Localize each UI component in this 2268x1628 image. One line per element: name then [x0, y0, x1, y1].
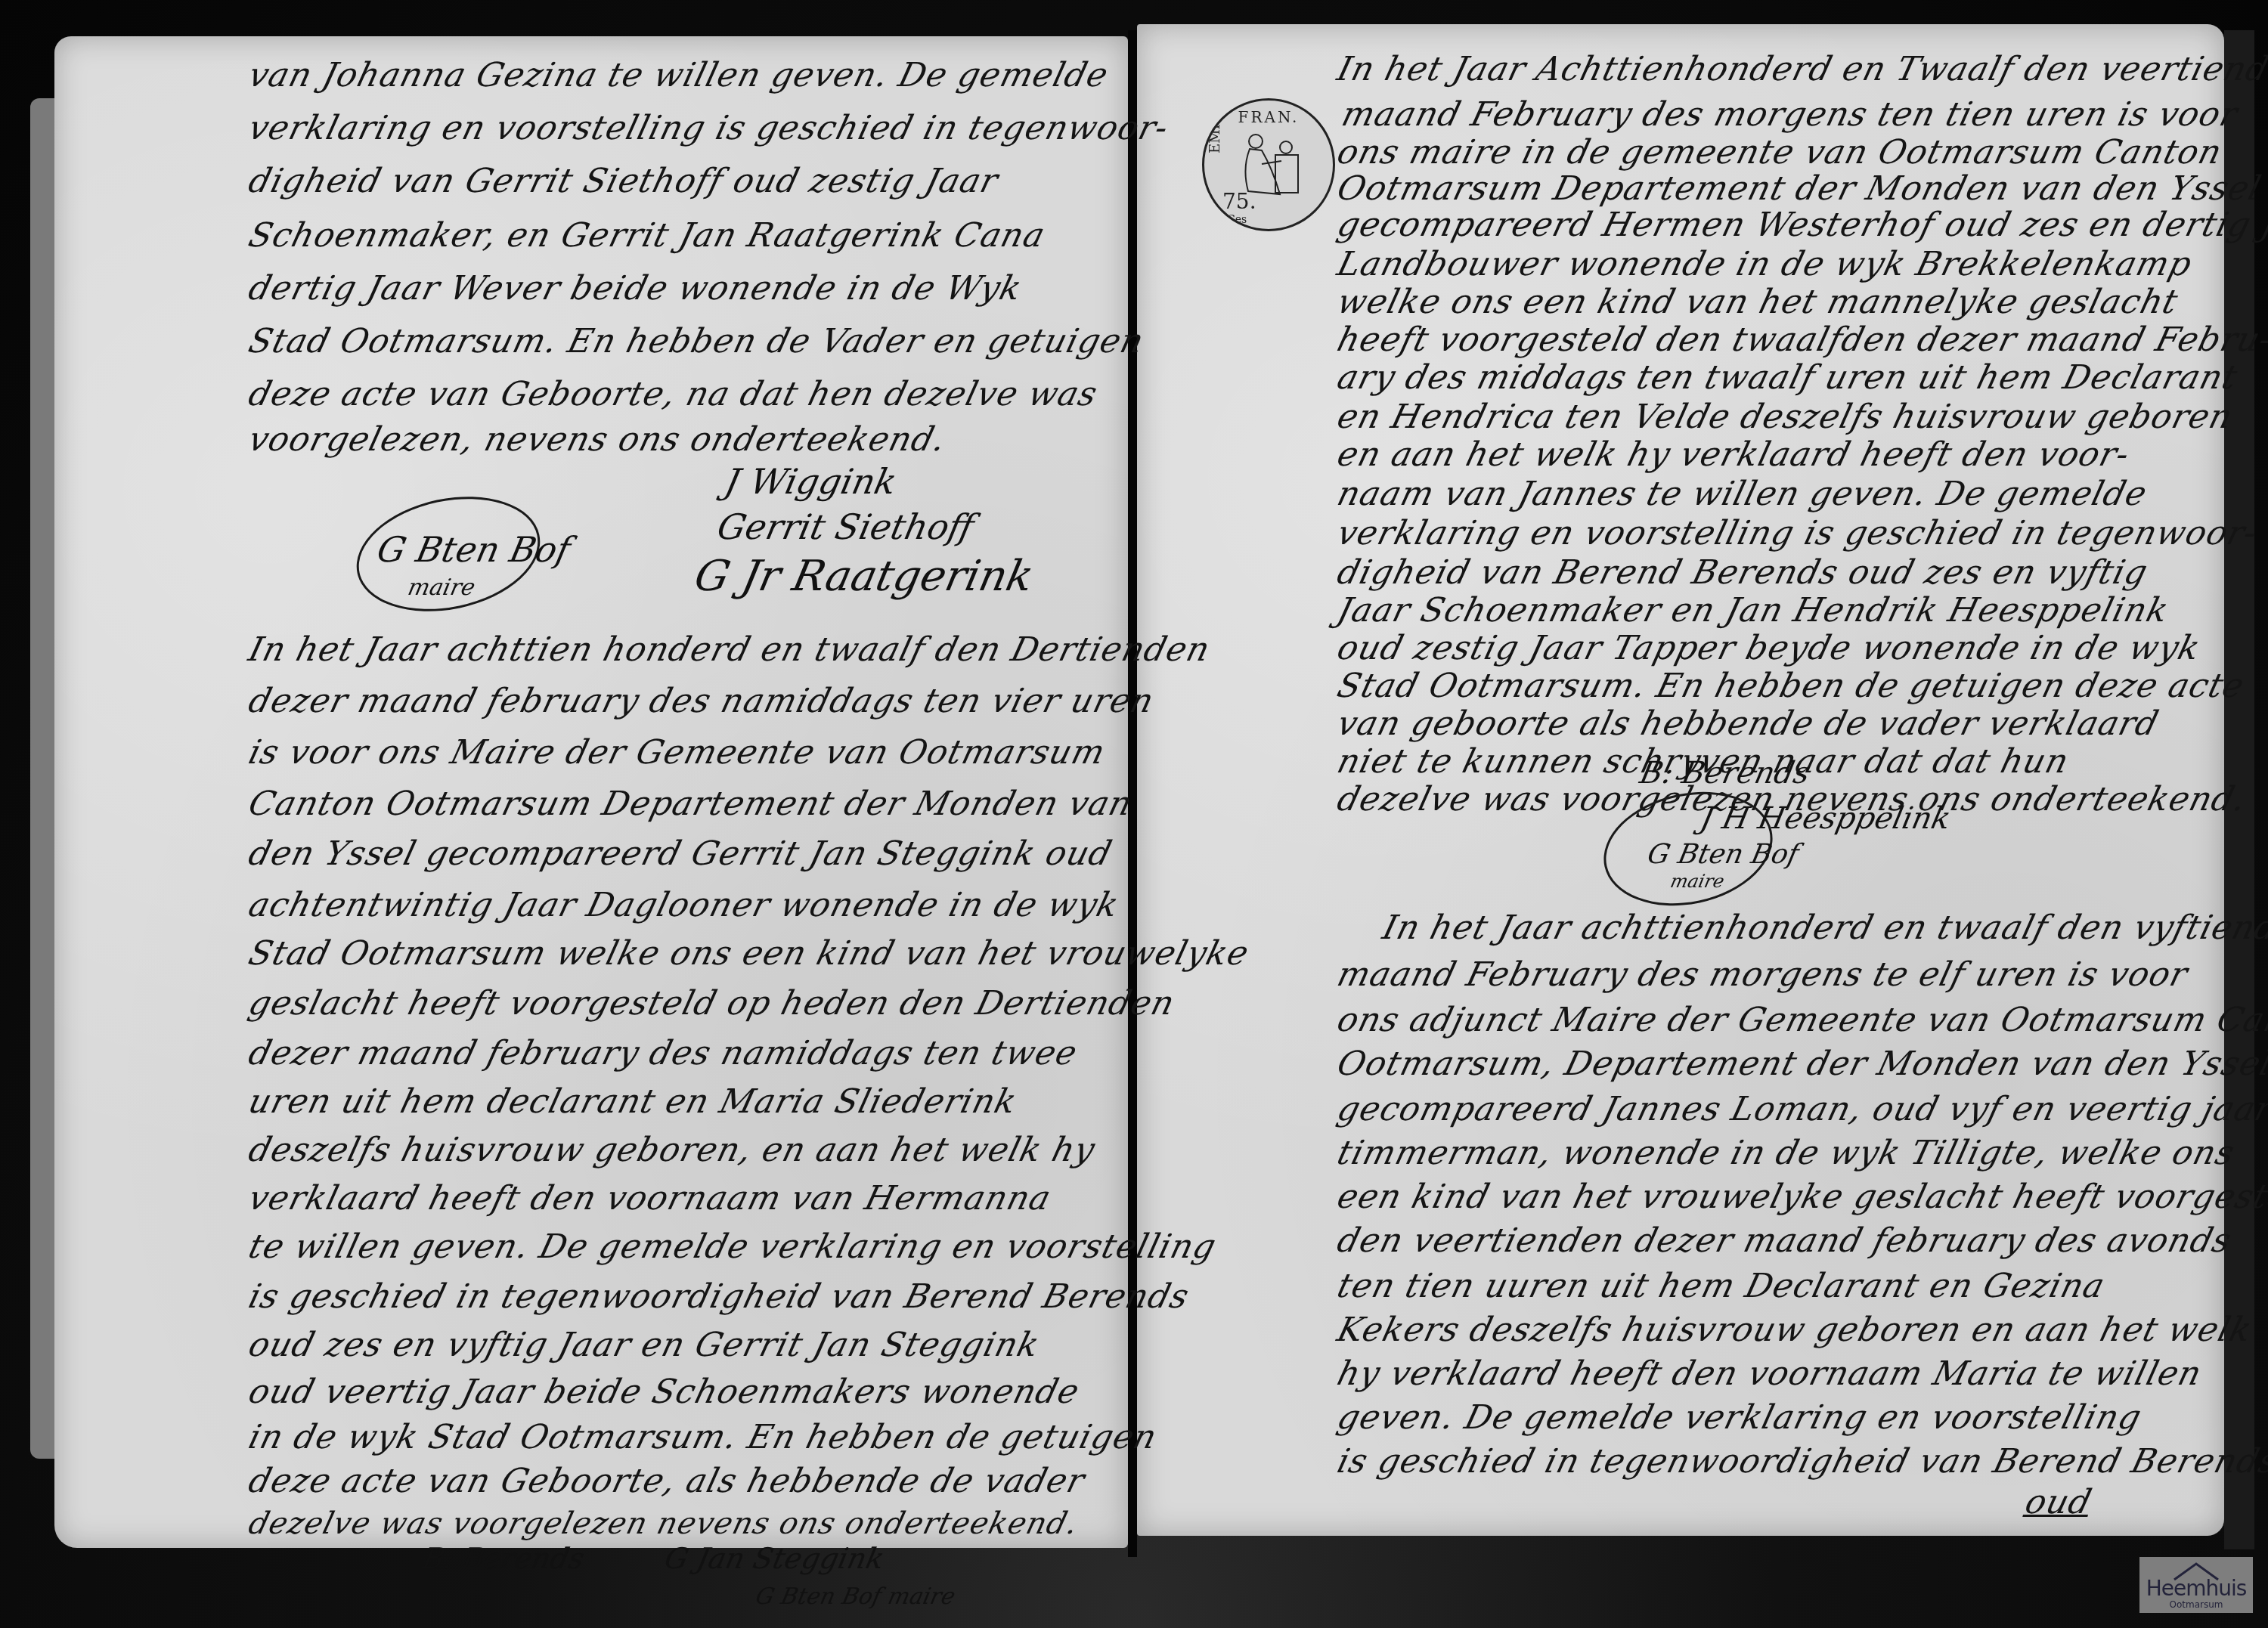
text-line: In het Jaar achttien honderd en twaalf d…	[246, 633, 1213, 667]
witness-signature: G Jan Steggink	[661, 1542, 887, 1575]
text-line: is geschied in tegenwoordigheid van Bere…	[246, 1280, 1193, 1314]
text-line: oud veertig Jaar beide Schoenmakers wone…	[246, 1376, 1083, 1409]
text-line: gecompareerd Jannes Loman, oud vyf en ve…	[1334, 1093, 2268, 1126]
text-line: oud zes en vyftig Jaar en Gerrit Jan Ste…	[246, 1329, 1043, 1362]
mayor-signature: G Bten Bof	[1645, 839, 1802, 870]
text-line: dezer maand february des namiddags ten t…	[246, 1037, 1081, 1070]
text-line: oud zestig Jaar Tapper beyde wonende in …	[1334, 632, 2204, 665]
text-line: geslacht heeft voorgesteld op heden den …	[246, 987, 1179, 1020]
mayor-title: maire	[405, 574, 477, 601]
left-page-edge	[30, 98, 57, 1459]
text-line: ons maire in de gemeente van Ootmarsum C…	[1334, 136, 2226, 169]
text-line: van Johanna Gezina te willen geven. De g…	[246, 59, 1112, 92]
text-line: maand February des morgens te elf uren i…	[1334, 958, 2192, 992]
text-line: gecompareerd Hermen Westerhof oud zes en…	[1334, 209, 2268, 242]
text-line: dezelve was voorgelezen nevens ons onder…	[246, 1509, 1081, 1539]
watermark-place: Ootmarsum	[2169, 1599, 2223, 1610]
text-line: ons adjunct Maire der Gemeente van Ootma…	[1334, 1004, 2268, 1037]
text-line: deze acte van Geboorte, na dat hen dezel…	[246, 378, 1101, 411]
text-line: Ootmarsum, Departement der Monden van de…	[1334, 1048, 2268, 1081]
text-line: ary des middags ten twaalf uren uit hem …	[1334, 361, 2242, 395]
text-line: timmerman, wonende in de wyk Tilligte, w…	[1334, 1137, 2239, 1170]
text-line: is geschied in tegenwoordigheid van Bere…	[1334, 1445, 2268, 1478]
text-line: verklaring en voorstelling is geschied i…	[246, 112, 1173, 145]
text-line: deszelfs huisvrouw geboren, en aan het w…	[246, 1134, 1099, 1167]
text-line: ten tien uuren uit hem Declarant en Gezi…	[1334, 1270, 2108, 1303]
mayor-signature: G Bten Bof maire	[753, 1583, 957, 1610]
mayor-signature: G Bten Bof	[373, 529, 574, 570]
text-line: oud	[2022, 1486, 2096, 1519]
witness-signature: Gerrit Siethoff	[714, 506, 978, 547]
witness-signature: J Wiggink	[721, 461, 900, 502]
text-line: en Hendrica ten Velde deszelfs huisvrouw…	[1334, 401, 2236, 434]
text-line: verklaard heeft den voornaam van Hermann…	[246, 1182, 1055, 1215]
text-line: uren uit hem declarant en Maria Sliederi…	[246, 1085, 1021, 1119]
stamp-value: 75.	[1222, 189, 1256, 214]
french-empire-tax-stamp: FRAN. EMP. 75. Ces	[1202, 98, 1335, 231]
stamp-side-text: EMP.	[1207, 119, 1223, 153]
text-line: te willen geven. De gemelde verklaring e…	[246, 1230, 1220, 1264]
mayor-title: maire	[1668, 871, 1726, 892]
text-line: heeft voorgesteld den twaalfden dezer ma…	[1334, 323, 2268, 357]
text-line: den veertienden dezer maand february des…	[1334, 1224, 2235, 1258]
text-line: Canton Ootmarsum Departement der Monden …	[246, 788, 1136, 821]
text-line: achtentwintig Jaar Daglooner wonende in …	[246, 889, 1123, 922]
witness-signature: B: Berends	[1637, 756, 1813, 791]
text-line: Ootmarsum Departement der Monden van den…	[1334, 172, 2265, 206]
text-line: dertig Jaar Wever beide wonende in de Wy…	[246, 272, 1026, 305]
text-line: in de wyk Stad Ootmarsum. En hebben de g…	[246, 1421, 1160, 1454]
house-roof-icon	[2170, 1561, 2223, 1581]
witness-signature: B: Berends	[420, 1542, 587, 1575]
text-line: welke ons een kind van het mannelyke ges…	[1334, 286, 2182, 319]
text-line: hy verklaard heeft den voornaam Maria te…	[1334, 1357, 2205, 1391]
text-line: is voor ons Maire der Gemeente van Ootma…	[246, 736, 1109, 769]
text-line: Schoenmaker, en Gerrit Jan Raatgerink Ca…	[246, 219, 1049, 252]
text-line: Stad Ootmarsum. En hebben de Vader en ge…	[246, 325, 1148, 358]
text-line: den Yssel gecompareerd Gerrit Jan Steggi…	[246, 837, 1116, 871]
text-line: Kekers deszelfs huisvrouw geboren en aan…	[1334, 1314, 2256, 1347]
text-line: digheid van Gerrit Siethoff oud zestig J…	[246, 165, 1002, 198]
text-line: Stad Ootmarsum. En hebben de getuigen de…	[1334, 670, 2248, 703]
text-line: maand February des morgens ten tien uren…	[1339, 98, 2242, 132]
witness-signature: G Jr Raatgerink	[690, 552, 1038, 601]
text-line: geven. De gemelde verklaring en voorstel…	[1334, 1401, 2146, 1435]
heemhuis-watermark-logo: Heemhuis Ootmarsum	[2139, 1557, 2253, 1613]
text-line: van geboorte als hebbende de vader verkl…	[1334, 707, 2162, 741]
text-line: digheid van Berend Berends oud zes en vy…	[1334, 556, 2152, 590]
text-line: en aan het welk hy verklaard heeft den v…	[1334, 438, 2133, 472]
text-line: Jaar Schoenmaker en Jan Hendrik Heesppel…	[1334, 594, 2173, 627]
text-line: Stad Ootmarsum welke ons een kind van he…	[246, 937, 1253, 970]
text-line: In het Jaar achttienhonderd en twaalf de…	[1380, 911, 2268, 945]
text-line: dezer maand february des namiddags ten v…	[246, 685, 1157, 718]
text-line: In het Jaar Achttienhonderd en Twaalf de…	[1334, 53, 2268, 86]
text-line: Landbouwer wonende in de wyk Brekkelenka…	[1334, 248, 2195, 281]
text-line: deze acte van Geboorte, als hebbende de …	[246, 1465, 1089, 1498]
stamp-top-text: FRAN.	[1204, 108, 1333, 126]
text-line: voorgelezen, nevens ons onderteekend.	[246, 423, 950, 457]
text-line: een kind van het vrouwelyke geslacht hee…	[1334, 1181, 2268, 1214]
witness-signature: J H Heesppelink	[1697, 801, 1954, 836]
text-line: naam van Jannes te willen geven. De geme…	[1334, 478, 2151, 511]
stamp-unit: Ces	[1227, 214, 1247, 226]
text-line: verklaring en voorstelling is geschied i…	[1334, 517, 2261, 550]
